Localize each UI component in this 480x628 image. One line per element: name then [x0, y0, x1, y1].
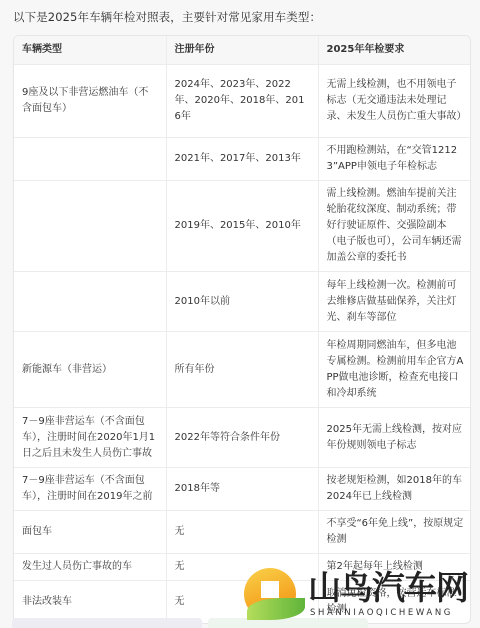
table-row: 7－9座非营运车（不含面包车），注册时间在2020年1月1日之后且未发生人员伤亡…	[14, 408, 470, 468]
cell-vehicle-type: 9座及以下非营运燃油车（不含面包车）	[14, 65, 166, 138]
cell-vehicle-type	[14, 272, 166, 332]
table-row: 9座及以下非营运燃油车（不含面包车） 2024年、2023年、2022年、202…	[14, 65, 470, 138]
bottom-card-edge	[12, 618, 202, 628]
cell-requirement: 按老规矩检测，如2018年的车2024年已上线检测	[318, 468, 470, 511]
cell-vehicle-type: 非法改装车	[14, 581, 166, 624]
cell-requirement: 无需上线检测，也不用领电子标志（无交通违法未处理记录、未发生人员伤亡重大事故）	[318, 65, 470, 138]
cell-vehicle-type: 面包车	[14, 511, 166, 554]
cell-registration-year: 所有年份	[166, 332, 318, 408]
cell-registration-year: 2024年、2023年、2022年、2020年、2018年、2016年	[166, 65, 318, 138]
table-row: 2019年、2015年、2010年 需上线检测。燃油车提前关注轮胎花纹深度、制动…	[14, 181, 470, 272]
table-row: 2021年、2017年、2013年 不用跑检测站，在“交管12123”APP申领…	[14, 138, 470, 181]
cell-requirement: 不用跑检测站，在“交管12123”APP申领电子年检标志	[318, 138, 470, 181]
table-header-row: 车辆类型 注册年份 2025年年检要求	[14, 36, 470, 65]
table-row: 发生过人员伤亡事故的车 无 第2年起每年上线检测	[14, 554, 470, 581]
bottom-card-edge	[208, 618, 368, 628]
cell-vehicle-type: 7－9座非营运车（不含面包车），注册时间在2020年1月1日之后且未发生人员伤亡…	[14, 408, 166, 468]
header-inspection-requirement: 2025年年检要求	[318, 36, 470, 65]
table-row: 非法改装车 无 取消免检资格，按营运车标准检测	[14, 581, 470, 624]
table-row: 7－9座非营运车（不含面包车），注册时间在2019年之前 2018年等 按老规矩…	[14, 468, 470, 511]
cell-registration-year: 2022年等符合条件年份	[166, 408, 318, 468]
cell-vehicle-type: 新能源车（非营运）	[14, 332, 166, 408]
cell-registration-year: 2021年、2017年、2013年	[166, 138, 318, 181]
header-registration-year: 注册年份	[166, 36, 318, 65]
cell-requirement: 2025年无需上线检测，按对应年份规则领电子标志	[318, 408, 470, 468]
cell-requirement: 每年上线检测一次。检测前可去维修店做基础保养，关注灯光、刹车等部位	[318, 272, 470, 332]
cell-vehicle-type	[14, 181, 166, 272]
header-vehicle-type: 车辆类型	[14, 36, 166, 65]
cell-requirement: 年检周期同燃油车，但多电池专属检测。检测前用车企官方APP做电池诊断，检查充电接…	[318, 332, 470, 408]
cell-registration-year: 无	[166, 554, 318, 581]
cell-requirement: 需上线检测。燃油车提前关注轮胎花纹深度、制动系统；带好行驶证原件、交强险副本（电…	[318, 181, 470, 272]
cell-vehicle-type	[14, 138, 166, 181]
table-row: 面包车 无 不享受“6年免上线”，按原规定检测	[14, 511, 470, 554]
cell-vehicle-type: 7－9座非营运车（不含面包车），注册时间在2019年之前	[14, 468, 166, 511]
inspection-table: 车辆类型 注册年份 2025年年检要求 9座及以下非营运燃油车（不含面包车） 2…	[13, 35, 471, 624]
cell-registration-year: 无	[166, 581, 318, 624]
cell-vehicle-type: 发生过人员伤亡事故的车	[14, 554, 166, 581]
cell-requirement: 取消免检资格，按营运车标准检测	[318, 581, 470, 624]
table-row: 2010年以前 每年上线检测一次。检测前可去维修店做基础保养，关注灯光、刹车等部…	[14, 272, 470, 332]
cell-registration-year: 2010年以前	[166, 272, 318, 332]
cell-registration-year: 2018年等	[166, 468, 318, 511]
cell-requirement: 第2年起每年上线检测	[318, 554, 470, 581]
table-row: 新能源车（非营运） 所有年份 年检周期同燃油车，但多电池专属检测。检测前用车企官…	[14, 332, 470, 408]
intro-text: 以下是2025年车辆年检对照表，主要针对常见家用车类型：	[13, 9, 321, 25]
cell-requirement: 不享受“6年免上线”，按原规定检测	[318, 511, 470, 554]
cell-registration-year: 2019年、2015年、2010年	[166, 181, 318, 272]
cell-registration-year: 无	[166, 511, 318, 554]
